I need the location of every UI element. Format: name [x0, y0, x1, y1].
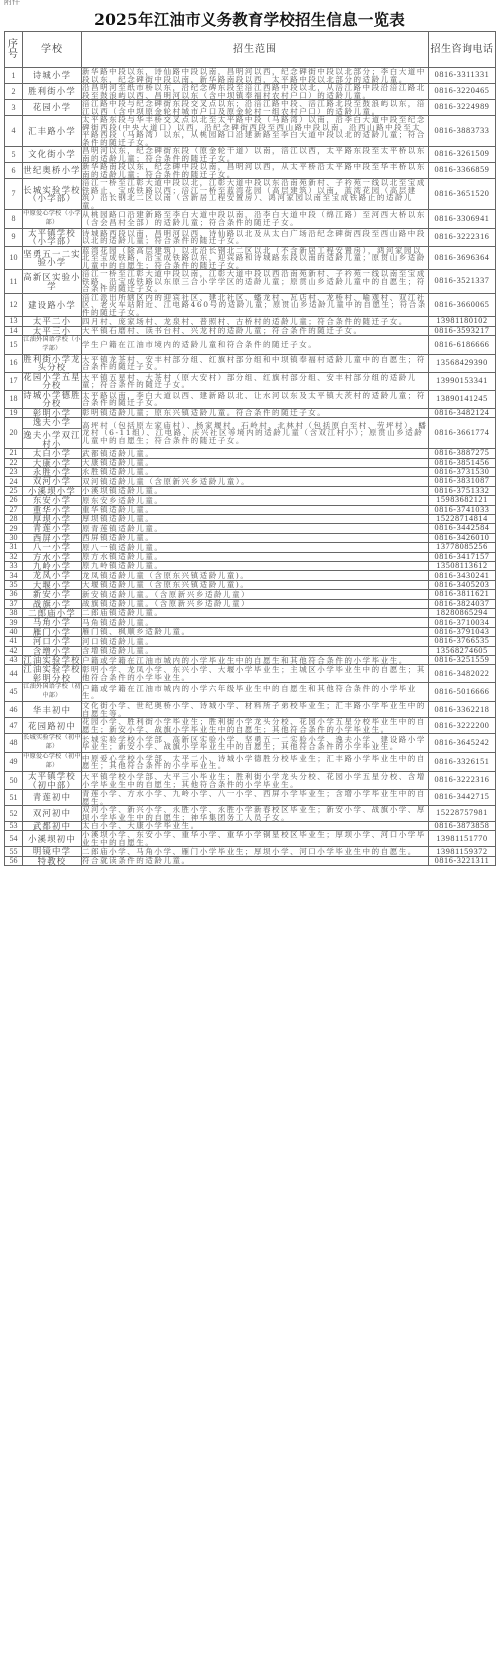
row-school: 武都初中: [23, 822, 82, 831]
row-enrollment-range: 原青莲镇适龄儿童。: [82, 524, 429, 533]
row-enrollment-range: 原九岭镇适龄儿童。: [82, 562, 429, 571]
row-seq: 32: [5, 552, 23, 561]
table-row: 49中原爱心学校（初中部）中原爱心学校小学部、太平二小、诗城小学德胜分校毕业生；…: [5, 753, 496, 772]
table-row: 48长城实验学校（初中部）长城实验学校小学部、高新区实验小学、坚勇五一二实验小学…: [5, 734, 496, 753]
row-school: 八一小学: [23, 543, 82, 552]
row-school: 花园路初中: [23, 718, 82, 734]
row-phone: 0816-3645242: [429, 734, 496, 753]
row-enrollment-range: 永胜镇适龄儿童。: [82, 467, 429, 476]
row-phone: 13778085256: [429, 543, 496, 552]
table-row: 47花园路初中花园小学、胜利街小学毕业生；胜利街小学龙头分校、花园小学五星分校毕…: [5, 718, 496, 734]
table-row: 55明镜中学二郎庙小学、马角小学、雁门小学毕业生；厚坝小学、河口小学毕业生中的自…: [5, 847, 496, 856]
row-phone: 13981159372: [429, 847, 496, 856]
table-row: 34龙凤小学龙凤镇适龄儿童（含原东兴镇适龄儿童)。0816-3430241: [5, 571, 496, 580]
row-seq: 56: [5, 856, 23, 865]
row-enrollment-range: 大堰镇适龄儿童（含原东兴镇适龄儿童)。: [82, 580, 429, 589]
row-enrollment-range: 涪江一桥至江彰大道中段以南，江彰大道中段以西沿南苑新村、子衿苑一线以南至宝成铁路…: [82, 270, 429, 294]
row-seq: 49: [5, 753, 23, 772]
row-enrollment-range: 长城实验学校小学部、高新区实验小学、坚勇五一二实验小学、逸夫小学、建设路小学毕业…: [82, 734, 429, 753]
header-school: 学校: [23, 32, 82, 68]
table-row: 39马角小学马角镇适龄儿童。0816-3710034: [5, 618, 496, 627]
row-seq: 20: [5, 417, 23, 448]
row-phone: 0816-3405203: [429, 580, 496, 589]
row-seq: 50: [5, 772, 23, 790]
row-phone: 0816-3482124: [429, 408, 496, 417]
row-enrollment-range: 大平镇五星村、大茶村（原大安村）部分组、红旗村部分组、安丰村部分组的适龄儿童；符…: [82, 372, 429, 390]
row-seq: 19: [5, 408, 23, 417]
row-school: 太平三小: [23, 326, 82, 335]
row-school: 马角小学: [23, 618, 82, 627]
row-enrollment-range: 从桃园路口沿建新路至李白大道中段以南，沿李白大道中段（绵江路）至河西大桥以东（含…: [82, 210, 429, 229]
row-phone: 0816-3661774: [429, 417, 496, 448]
row-seq: 43: [5, 656, 23, 665]
table-row: 51青莲初中青莲小学、方水小学、九岭小学、八一小学、西屏小学毕业生；含增小学毕业…: [5, 790, 496, 806]
row-enrollment-range: 小溪坝小学、东安小学、重华小学、重华小学铜星校区毕业生；厚坝小学、河口小学毕业生…: [82, 831, 429, 847]
table-row: 52双河初中双河小学、新兴小学、永胜小学、永胜小学新春校区毕业生；新安小学、战旗…: [5, 806, 496, 822]
row-phone: 0816-3710034: [429, 618, 496, 627]
row-enrollment-range: 太平路东段与华丰桥交叉点以北至太平路中段（马路湾）以南，沿李白大道中段至纪念碑街…: [82, 116, 429, 147]
row-school: 彰明小学: [23, 408, 82, 417]
row-phone: 13568429390: [429, 355, 496, 373]
table-row: 9太平镇学校（小学部）诗城路西段以南，昌明河以西、诗仙路以北及从太白广场沿纪念碑…: [5, 228, 496, 246]
table-row: 31八一小学原八一镇适龄儿童。13778085256: [5, 543, 496, 552]
table-row: 33九岭小学原九岭镇适龄儿童。13508113612: [5, 562, 496, 571]
row-enrollment-range: 昌明河以东，纪念碑街东段（原金轮干道）以南，涪江以西，太平路东段至太平桥以东南的…: [82, 147, 429, 163]
row-school: 太平镇学校（小学部）: [23, 228, 82, 246]
row-phone: 0816-3651520: [429, 179, 496, 210]
table-row: 22大康小学大康镇适龄儿童。0816-3851456: [5, 458, 496, 467]
row-phone: 0816-3362218: [429, 702, 496, 718]
table-row: 10坚勇五一二实验小学蓝湾花园（除高层建筑）以北沿长钢北二区以北（不含新居工程安…: [5, 246, 496, 270]
row-enrollment-range: 双河镇适龄儿童（含原新兴乡适龄儿童）。: [82, 477, 429, 486]
table-row: 28厚坝小学厚坝镇适龄儿童。15228714814: [5, 514, 496, 523]
table-row: 17花园小学五星分校大平镇五星村、大茶村（原大安村）部分组、红旗村部分组、安丰村…: [5, 372, 496, 390]
row-seq: 6: [5, 163, 23, 179]
row-school-sub: 逸夫小学双江村小: [23, 428, 81, 448]
row-seq: 10: [5, 246, 23, 270]
table-row: 11高新区实验小学涪江一桥至江彰大道中段以南，江彰大道中段以西沿南苑新村、子衿苑…: [5, 270, 496, 294]
row-phone: 0816-3442584: [429, 524, 496, 533]
row-phone: 15228757981: [429, 806, 496, 822]
row-enrollment-range: 大平镇石磨村、读书台村、兴龙村的适龄儿童；符合条件的随迁子女。: [82, 326, 429, 335]
row-phone: 0816-3766535: [429, 637, 496, 646]
row-enrollment-range: 雁门镇、枫顺乡适龄儿童。: [82, 627, 429, 636]
table-row: 7长城实验学校（小学部）涪江一桥至江彰大道中段以北，江彰大道中段以东沿南苑新村、…: [5, 179, 496, 210]
table-row: 32方水小学原方水镇适龄儿童。0816-3417157: [5, 552, 496, 561]
table-row: 25小溪坝小学小溪坝镇适龄儿童。0816-3751332: [5, 486, 496, 495]
table-row: 19彰明小学彰明镇适龄儿童；原东兴镇适龄儿童。符合条件的随迁子女。0816-34…: [5, 408, 496, 417]
enrollment-table: 序号 学校 招生范围 招生咨询电话 1诗城小学新华路中段以东，诗仙路中段以南，昌…: [4, 31, 496, 866]
row-seq: 7: [5, 179, 23, 210]
row-phone: 0816-3442715: [429, 790, 496, 806]
table-row: 36新安小学新安镇适龄儿童。（含原新兴乡适龄儿童）0816-3811621: [5, 590, 496, 599]
table-row: 30西屏小学西屏镇适龄儿童。0816-3426010: [5, 533, 496, 542]
row-enrollment-range: 河口镇适龄儿童。: [82, 637, 429, 646]
row-phone: 0816-3791043: [429, 627, 496, 636]
row-enrollment-range: 四月村、庞家场村、龙泉村、普照村、古桥村的适龄儿童；符合条件的随迁子女。: [82, 317, 429, 326]
table-row: 6世纪奥桥小学新华路南段以东，纪念碑中段以南，昌明河以西，从太平桥沿太平路中段至…: [5, 163, 496, 179]
row-phone: 0816-3366859: [429, 163, 496, 179]
row-seq: 37: [5, 599, 23, 608]
row-seq: 27: [5, 505, 23, 514]
row-enrollment-range: 学生户籍在江油市境内的适龄儿童和符合条件的随迁子女。: [82, 336, 429, 355]
row-seq: 12: [5, 293, 23, 317]
row-phone: 13981180102: [429, 317, 496, 326]
row-seq: 9: [5, 228, 23, 246]
row-phone: 0816-3873858: [429, 822, 496, 831]
table-row: 46华丰初中文化街小学、世纪奥桥小学、诗城小学、材料所子弟校毕业生；汇丰路小学毕…: [5, 702, 496, 718]
row-seq: 22: [5, 458, 23, 467]
table-row: 3花园小学涪江路中段与纪念碑街东段交叉点以东；沿涪江路中段、涪江路北段至鼓浪屿以…: [5, 100, 496, 116]
row-seq: 18: [5, 390, 23, 408]
row-enrollment-range: 符合就读条件的适龄儿童。: [82, 856, 429, 865]
row-school: 汇丰路小学: [23, 116, 82, 147]
row-school: 建设路小学: [23, 293, 82, 317]
row-enrollment-range: 花园小学、胜利街小学毕业生；胜利街小学龙头分校、花园小学五星分校毕业生中的自愿生…: [82, 718, 429, 734]
row-school: 江油外国语学校（初中部）: [23, 683, 82, 702]
table-row: 24双河小学双河镇适龄儿童（含原新兴乡适龄儿童）。0816-3831087: [5, 477, 496, 486]
row-phone: 0816-3222316: [429, 228, 496, 246]
row-school: 胜利街小学: [23, 84, 82, 100]
row-school: 太白小学: [23, 449, 82, 458]
row-school: 胜利街小学龙头分校: [23, 355, 82, 373]
row-seq: 25: [5, 486, 23, 495]
row-phone: 0816-3887275: [429, 449, 496, 458]
row-enrollment-range: 二郎庙镇适龄儿童。: [82, 609, 429, 618]
row-school: 长城实验学校（初中部）: [23, 734, 82, 753]
row-seq: 29: [5, 524, 23, 533]
row-school: 小溪坝初中: [23, 831, 82, 847]
row-school: 诗城小学: [23, 68, 82, 84]
row-school: 江油外国语学校（小学部）: [23, 336, 82, 355]
table-row: 14太平三小大平镇石磨村、读书台村、兴龙村的适龄儿童；符合条件的随迁子女。081…: [5, 326, 496, 335]
row-school: 河口小学: [23, 637, 82, 646]
row-enrollment-range: 沿昌明河至纸市桥以东，沿纪念碑东段至涪江西路中段以北，从涪江路中段沿涪江路北段至…: [82, 84, 429, 100]
row-school: 文化街小学: [23, 147, 82, 163]
row-seq: 52: [5, 806, 23, 822]
row-phone: 0816-3593217: [429, 326, 496, 335]
row-school: 中原爱心学校（小学部）: [23, 210, 82, 229]
row-school: 诗城小学德胜分校: [23, 390, 82, 408]
row-seq: 44: [5, 665, 23, 683]
row-phone: 0816-3831087: [429, 477, 496, 486]
annex-label: 附件: [4, 0, 20, 7]
row-enrollment-range: 含增镇适龄儿童。: [82, 646, 429, 655]
row-phone: 0816-3221311: [429, 856, 496, 865]
table-row: 50太平镇学校（初中部）大平镇学校小学部、大平三小毕业生；胜利街小学龙头分校、花…: [5, 772, 496, 790]
document-title: 2025年江油市义务教育学校招生信息一览表: [4, 8, 495, 28]
row-seq: 24: [5, 477, 23, 486]
row-school: 特教校: [23, 856, 82, 865]
table-row: 56特教校符合就读条件的适龄儿童。0816-3221311: [5, 856, 496, 865]
row-enrollment-range: 厚坝镇适龄儿童。: [82, 514, 429, 523]
table-row: 21太白小学武都镇适龄儿童。0816-3887275: [5, 449, 496, 458]
table-row: 1诗城小学新华路中段以东，诗仙路中段以南，昌明河以西，纪念碑街中段以北部分；李白…: [5, 68, 496, 84]
row-enrollment-range: 原东安乡适龄儿童。: [82, 496, 429, 505]
row-phone: 0816-3751332: [429, 486, 496, 495]
table-row: 45江油外国语学校（初中部）户籍或学籍在江油市城内的小学六年级毕业生中的自愿生和…: [5, 683, 496, 702]
row-seq: 45: [5, 683, 23, 702]
row-school: 花园小学五星分校: [23, 372, 82, 390]
row-school: 东安小学: [23, 496, 82, 505]
row-seq: 30: [5, 533, 23, 542]
row-enrollment-range: 大平镇龙茶村、安丰村部分组、红旗村部分组和中坝镇奉福村适龄儿童中的自愿生；符合条…: [82, 355, 429, 373]
row-enrollment-range: 新安镇适龄儿童。（含原新兴乡适龄儿童）: [82, 590, 429, 599]
row-seq: 5: [5, 147, 23, 163]
row-enrollment-range: 太平路以南，李白大道以西、建新路以北、让水河以东及太平镇大茨村的适龄儿童；符合条…: [82, 390, 429, 408]
row-seq: 23: [5, 467, 23, 476]
table-row: 41河口小学河口镇适龄儿童。0816-3766535: [5, 637, 496, 646]
row-seq: 13: [5, 317, 23, 326]
row-phone: 0816-3220465: [429, 84, 496, 100]
table-row: 12建设路小学涪江派出所辖区内的迎宾社区、建北社区、蟠龙村、瓦店村、龙桥村、喻观…: [5, 293, 496, 317]
row-seq: 4: [5, 116, 23, 147]
row-enrollment-range: 户籍或学籍在江油市城内的小学毕业生中的自愿生和其他符合条件的小学毕业生。: [82, 656, 429, 665]
table-row: 8中原爱心学校（小学部）从桃园路口沿建新路至李白大道中段以南，沿李白大道中段（绵…: [5, 210, 496, 229]
row-seq: 36: [5, 590, 23, 599]
row-enrollment-range: 蓝湾花园（除高层建筑）以北沿长钢北二区以北（不含新居工程安置房），鸿河家园以北至…: [82, 246, 429, 270]
row-seq: 53: [5, 822, 23, 831]
row-phone: 13990153341: [429, 372, 496, 390]
table-row: 13太平二小四月村、庞家场村、龙泉村、普照村、古桥村的适龄儿童；符合条件的随迁子…: [5, 317, 496, 326]
row-phone: 0816-3426010: [429, 533, 496, 542]
row-seq: 46: [5, 702, 23, 718]
table-row: 16胜利街小学龙头分校大平镇龙茶村、安丰村部分组、红旗村部分组和中坝镇奉福村适龄…: [5, 355, 496, 373]
row-enrollment-range: 户籍或学籍在江油市城内的小学六年级毕业生中的自愿生和其他符合条件的小学毕业生。: [82, 683, 429, 702]
row-phone: 0816-3824037: [429, 599, 496, 608]
row-school: 华丰初中: [23, 702, 82, 718]
row-school: 龙凤小学: [23, 571, 82, 580]
row-phone: 0816-3222316: [429, 772, 496, 790]
table-row: 5文化街小学昌明河以东，纪念碑街东段（原金轮干道）以南，涪江以西，太平路东段至太…: [5, 147, 496, 163]
row-phone: 0816-3224989: [429, 100, 496, 116]
row-seq: 40: [5, 627, 23, 636]
row-seq: 14: [5, 326, 23, 335]
table-row: 44江油实验学校彰明分校彰明小学、龙凤小学、东兴小学、大堰小学毕业生；主城区小学…: [5, 665, 496, 683]
row-school: 新安小学: [23, 590, 82, 599]
row-phone: 0816-5016666: [429, 683, 496, 702]
row-phone: 0816-3326151: [429, 753, 496, 772]
row-enrollment-range: 武都镇适龄儿童。: [82, 449, 429, 458]
row-school: 明镜中学: [23, 847, 82, 856]
row-phone: 13981151770: [429, 831, 496, 847]
row-enrollment-range: 原八一镇适龄儿童。: [82, 543, 429, 552]
row-phone: 0816-3883733: [429, 116, 496, 147]
row-enrollment-range: 龙凤镇适龄儿童（含原东兴镇适龄儿童)。: [82, 571, 429, 580]
row-seq: 51: [5, 790, 23, 806]
row-seq: 28: [5, 514, 23, 523]
table-row: 37战旗小学战旗镇适龄儿童。（含原新兴乡适龄儿童）0816-3824037: [5, 599, 496, 608]
row-seq: 3: [5, 100, 23, 116]
row-school: 高新区实验小学: [23, 270, 82, 294]
row-phone: 0816-3660065: [429, 293, 496, 317]
table-row: 29青莲小学原青莲镇适龄儿童。0816-3442584: [5, 524, 496, 533]
row-seq: 16: [5, 355, 23, 373]
table-row: 35大堰小学大堰镇适龄儿童（含原东兴镇适龄儿童)。0816-3405203: [5, 580, 496, 589]
row-phone: 18280865294: [429, 609, 496, 618]
row-seq: 38: [5, 609, 23, 618]
row-school: 坚勇五一二实验小学: [23, 246, 82, 270]
row-phone: 0816-3696364: [429, 246, 496, 270]
row-seq: 54: [5, 831, 23, 847]
row-enrollment-range: 双河小学、新兴小学、永胜小学、永胜小学新春校区毕业生；新安小学、战旗小学、厚坝小…: [82, 806, 429, 822]
row-enrollment-range: 马角镇适龄儿童。: [82, 618, 429, 627]
row-school: 青莲小学: [23, 524, 82, 533]
table-row: 40雁门小学雁门镇、枫顺乡适龄儿童。0816-3791043: [5, 627, 496, 636]
row-seq: 11: [5, 270, 23, 294]
row-school: 中原爱心学校（初中部）: [23, 753, 82, 772]
row-enrollment-range: 彰明镇适龄儿童；原东兴镇适龄儿童。符合条件的随迁子女。: [82, 408, 429, 417]
row-school: 太平镇学校（初中部）: [23, 772, 82, 790]
row-enrollment-range: 诗城路西段以南，昌明河以西、诗仙路以北及从太白广场沿纪念碑街西段至西山路中段以北…: [82, 228, 429, 246]
table-row: 20逸夫小学逸夫小学双江村小高坪村（包括原左家庙村）、杨家堰村、石岭村、北林村（…: [5, 417, 496, 448]
table-row: 18诗城小学德胜分校太平路以南，李白大道以西、建新路以北、让水河以东及太平镇大茨…: [5, 390, 496, 408]
row-phone: 13568274605: [429, 646, 496, 655]
row-phone: 13508113612: [429, 562, 496, 571]
row-phone: 0816-3306941: [429, 210, 496, 229]
row-phone: 0816-3521337: [429, 270, 496, 294]
row-seq: 21: [5, 449, 23, 458]
row-enrollment-range: 新华路南段以东，纪念碑中段以南，昌明河以西，从太平桥沿太平路中段至华丰桥以东南的…: [82, 163, 429, 179]
row-school: 长城实验学校（小学部）: [23, 179, 82, 210]
table-row: 26东安小学原东安乡适龄儿童。15983682121: [5, 496, 496, 505]
row-phone: 0816-3311331: [429, 68, 496, 84]
row-school: 青莲初中: [23, 790, 82, 806]
row-school: 双河小学: [23, 477, 82, 486]
row-phone: 0816-6186666: [429, 336, 496, 355]
row-phone: 15228714814: [429, 514, 496, 523]
table-row: 2胜利街小学沿昌明河至纸市桥以东，沿纪念碑东段至涪江西路中段以北，从涪江路中段沿…: [5, 84, 496, 100]
row-seq: 2: [5, 84, 23, 100]
row-seq: 55: [5, 847, 23, 856]
table-row: 15江油外国语学校（小学部）学生户籍在江油市境内的适龄儿童和符合条件的随迁子女。…: [5, 336, 496, 355]
row-enrollment-range: 小溪坝镇适龄儿童。: [82, 486, 429, 495]
row-school: 花园小学: [23, 100, 82, 116]
row-phone: 15983682121: [429, 496, 496, 505]
row-enrollment-range: 二郎庙小学、马角小学、雁门小学毕业生；厚坝小学、河口小学毕业生中的自愿生。: [82, 847, 429, 856]
row-school: 江油实验学校彰明分校: [23, 665, 82, 683]
row-seq: 8: [5, 210, 23, 229]
row-phone: 0816-3417157: [429, 552, 496, 561]
row-enrollment-range: 彰明小学、龙凤小学、东兴小学、大堰小学毕业生；主城区小学毕业生中的自愿生；其他符…: [82, 665, 429, 683]
table-row: 38二郎庙小学二郎庙镇适龄儿童。18280865294: [5, 609, 496, 618]
row-phone: 0816-3741033: [429, 505, 496, 514]
header-phone: 招生咨询电话: [429, 32, 496, 68]
row-enrollment-range: 新华路中段以东，诗仙路中段以南，昌明河以西，纪念碑街中段以北部分；李白大道中段以…: [82, 68, 429, 84]
table-row: 54小溪坝初中小溪坝小学、东安小学、重华小学、重华小学铜星校区毕业生；厚坝小学、…: [5, 831, 496, 847]
table-row: 4汇丰路小学太平路东段与华丰桥交叉点以北至太平路中段（马路湾）以南，沿李白大道中…: [5, 116, 496, 147]
row-enrollment-range: 文化街小学、世纪奥桥小学、诗城小学、材料所子弟校毕业生；汇丰路小学毕业生中的自愿…: [82, 702, 429, 718]
row-seq: 33: [5, 562, 23, 571]
row-seq: 31: [5, 543, 23, 552]
row-school-sub: 逸夫小学: [23, 418, 81, 426]
row-enrollment-range: 涪江一桥至江彰大道中段以北，江彰大道中段以东沿南苑新村、子衿苑一线以北至宝成铁路…: [82, 179, 429, 210]
row-phone: 0816-3482022: [429, 665, 496, 683]
row-phone: 0816-3222200: [429, 718, 496, 734]
row-seq: 17: [5, 372, 23, 390]
row-phone: 0816-3430241: [429, 571, 496, 580]
row-school: 世纪奥桥小学: [23, 163, 82, 179]
row-phone: 0816-3851456: [429, 458, 496, 467]
row-enrollment-range: 青莲小学、方水小学、九岭小学、八一小学、西屏小学毕业生；含增小学毕业生中的自愿生…: [82, 790, 429, 806]
row-school: 太平二小: [23, 317, 82, 326]
header-range: 招生范围: [82, 32, 429, 68]
table-body: 1诗城小学新华路中段以东，诗仙路中段以南，昌明河以西，纪念碑街中段以北部分；李白…: [5, 68, 496, 866]
row-school: 双河初中: [23, 806, 82, 822]
row-phone: 0816-3731530: [429, 467, 496, 476]
row-seq: 35: [5, 580, 23, 589]
table-row: 27重华小学重华镇适龄儿童。0816-3741033: [5, 505, 496, 514]
row-enrollment-range: 大平镇学校小学部、大平三小毕业生；胜利街小学龙头分校、花园小学五星分校、含增小学…: [82, 772, 429, 790]
row-phone: 0816-3811621: [429, 590, 496, 599]
row-enrollment-range: 涪江派出所辖区内的迎宾社区、建北社区、蟠龙村、瓦店村、龙桥村、喻观村、双江社区、…: [82, 293, 429, 317]
row-phone: 0816-3251559: [429, 656, 496, 665]
row-seq: 34: [5, 571, 23, 580]
row-seq: 26: [5, 496, 23, 505]
row-enrollment-range: 高坪村（包括原左家庙村）、杨家堰村、石岭村、北林村（包括原白至村、劳坪村）、蟠龙…: [82, 417, 429, 448]
table-header-row: 序号 学校 招生范围 招生咨询电话: [5, 32, 496, 68]
row-seq: 15: [5, 336, 23, 355]
table-row: 23永胜小学永胜镇适龄儿童。0816-3731530: [5, 467, 496, 476]
row-seq: 1: [5, 68, 23, 84]
row-enrollment-range: 中原爱心学校小学部、太平二小、诗城小学德胜分校毕业生；汇丰路小学毕业生中的自愿生…: [82, 753, 429, 772]
row-enrollment-range: 涪江路中段与纪念碑街东段交叉点以东；沿涪江路中段、涪江路北段至鼓浪屿以东，涪江以…: [82, 100, 429, 116]
row-enrollment-range: 西屏镇适龄儿童。: [82, 533, 429, 542]
row-seq: 47: [5, 718, 23, 734]
row-seq: 39: [5, 618, 23, 627]
row-seq: 41: [5, 637, 23, 646]
row-phone: 13890141245: [429, 390, 496, 408]
row-school: 逸夫小学逸夫小学双江村小: [23, 417, 82, 448]
row-seq: 48: [5, 734, 23, 753]
header-seq: 序号: [5, 32, 23, 68]
row-phone: 0816-3261509: [429, 147, 496, 163]
row-seq: 42: [5, 646, 23, 655]
